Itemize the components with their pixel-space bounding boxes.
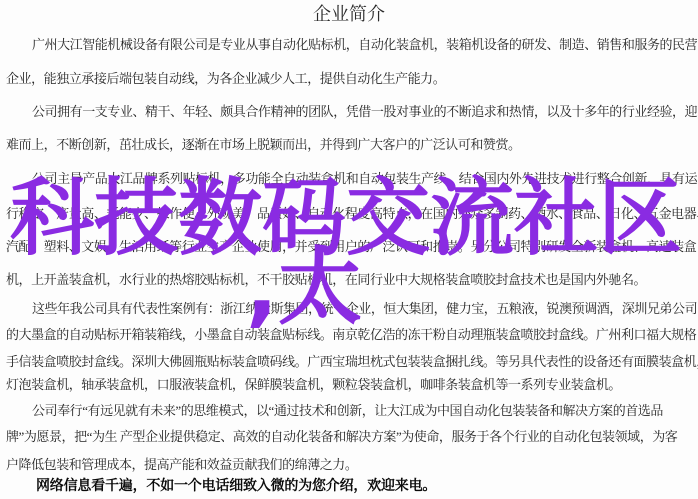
body-line: 广州大江智能机械设备有限公司是专业从事自动化贴标机，自动化装盒机，装箱机设备的研… [32, 37, 697, 52]
closing-line: 网络信息看千遍，不如一个电话细致入微的为您介绍，欢迎来电。 [36, 479, 436, 495]
page-title: 企业简介 [0, 5, 698, 23]
body-line: 牌”为愿景，把“为生 产型企业提供稳定、高效的自动化装备和解决方案”为使命，服务… [6, 429, 677, 444]
watermark-line2: ,太 [246, 245, 362, 329]
body-line: 这些年我公司具有代表性案例有：浙江纳爱斯集团，统一企业，恒大集团，健力宝，五粮液… [32, 301, 697, 316]
body-line: 灯泡装盒机，轴承装盒机，口服液装盒机，保鲜膜装盒机，颗粒袋装盒机，咖啡条装盒机等… [6, 377, 621, 392]
body-line: 公司拥有一支专业、精干、年轻、颇具合作精神的团队，凭借一股对事业的不断追求和热情… [32, 104, 697, 119]
body-line: 企业，能独立承接后端包装自动线，为各企业减少人工，提供自动化生产能力。 [6, 71, 445, 86]
document-page: 企业简介 广州大江智能机械设备有限公司是专业从事自动化贴标机，自动化装盒机，装箱… [0, 0, 698, 499]
body-line: 难而上，不断创新，茁壮成长，逐渐在市场上脱颖而出，并得到广大客户的广泛认可和赞赏… [6, 137, 521, 152]
body-line: 公司奉行“有远见就有未来”的思维模式，以“通过技术和创新，让大江成为中国自动化包… [32, 403, 663, 418]
body-line: 户降低包装和管理成本，提高产能和效益贡献我们的绵薄之力。 [6, 457, 357, 472]
body-line: 手信装盒喷胶封盒线。深圳大佛圆瓶贴标装盒喷码线。广西宝瑞坦枕式包装装盒捆扎线。等… [6, 354, 698, 369]
